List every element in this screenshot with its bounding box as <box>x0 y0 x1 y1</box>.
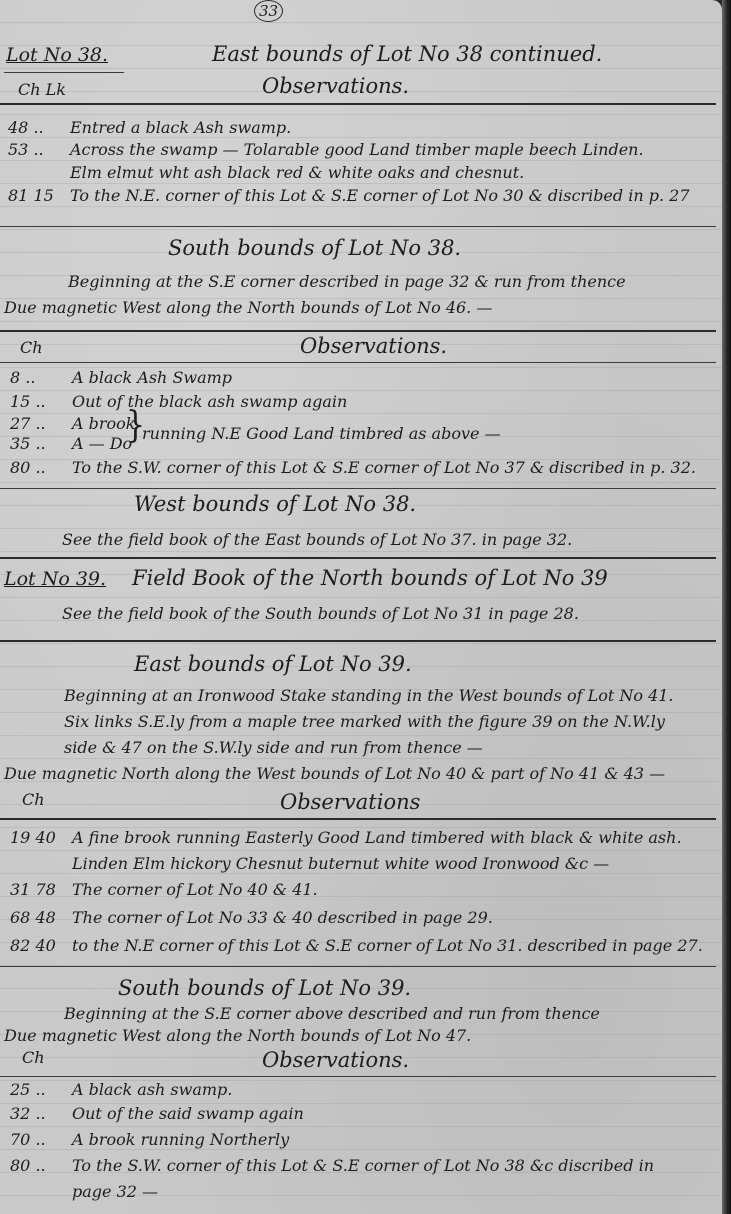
brace-note: running N.E Good Land timbred as above — <box>142 424 501 443</box>
section-title: South bounds of Lot No 39. <box>118 976 411 1000</box>
entry-row: 81 15To the N.E. corner of this Lot & S.… <box>8 186 690 205</box>
divider <box>0 226 716 227</box>
page-number: 33 <box>254 0 283 22</box>
section-title: East bounds of Lot No 38 continued. <box>212 42 602 66</box>
entry-row: Elm elmut wht ash black red & white oaks… <box>8 163 524 182</box>
observations-heading: Observations. <box>300 334 447 358</box>
entry-row: 8 ..A black Ash Swamp <box>10 368 232 387</box>
reference-text: See the field book of the South bounds o… <box>62 604 579 623</box>
entry-row: 25 ..A black ash swamp. <box>10 1080 232 1099</box>
entry-row: 27 ..A brook <box>10 414 136 433</box>
observations-heading: Observations. <box>262 1048 409 1072</box>
divider <box>0 330 716 332</box>
column-label: Ch Lk <box>18 80 66 99</box>
divider <box>0 488 716 489</box>
lot-label-38: Lot No 38. <box>6 44 108 66</box>
entry-row: 48 ..Entred a black Ash swamp. <box>8 118 291 137</box>
column-label: Ch <box>22 790 45 809</box>
column-label: Ch <box>20 338 43 357</box>
entry-row: 31 78The corner of Lot No 40 & 41. <box>10 880 318 899</box>
observations-heading: Observations. <box>262 74 409 98</box>
intro-text: side & 47 on the S.W.ly side and run fro… <box>64 738 483 757</box>
lot-underline <box>4 72 124 73</box>
intro-text: Six links S.E.ly from a maple tree marke… <box>64 712 665 731</box>
divider <box>0 362 716 363</box>
intro-text: Beginning at the S.E corner described in… <box>68 272 626 291</box>
section-title: East bounds of Lot No 39. <box>134 652 412 676</box>
entry-row: 82 40to the N.E corner of this Lot & S.E… <box>10 936 703 955</box>
divider <box>0 103 716 105</box>
entry-row: 15 ..Out of the black ash swamp again <box>10 392 347 411</box>
entry-row: 53 ..Across the swamp — Tolarable good L… <box>8 140 644 159</box>
section-title: South bounds of Lot No 38. <box>168 236 461 260</box>
entry-row: 19 40A fine brook running Easterly Good … <box>10 828 682 847</box>
intro-text: Beginning at the S.E corner above descri… <box>64 1004 600 1023</box>
lot-label-39: Lot No 39. <box>4 568 106 590</box>
entry-row: 35 ..A — Do <box>10 434 132 453</box>
book-binding-edge <box>722 0 731 1214</box>
intro-text: Beginning at an Ironwood Stake standing … <box>64 686 674 705</box>
section-title: Field Book of the North bounds of Lot No… <box>132 566 608 590</box>
divider <box>0 1076 716 1077</box>
intro-text: Due magnetic West along the North bounds… <box>4 298 492 317</box>
entry-row: 68 48The corner of Lot No 33 & 40 descri… <box>10 908 493 927</box>
column-label: Ch <box>22 1048 45 1067</box>
intro-text: Due magnetic North along the West bounds… <box>4 764 665 783</box>
intro-text: Due magnetic West along the North bounds… <box>4 1026 471 1045</box>
entry-row: 80 ..To the S.W. corner of this Lot & S.… <box>10 458 696 477</box>
entry-row: 32 ..Out of the said swamp again <box>10 1104 304 1123</box>
entry-row: Linden Elm hickory Chesnut buternut whit… <box>10 854 609 873</box>
divider <box>0 818 716 820</box>
divider <box>0 557 716 559</box>
divider <box>0 966 716 967</box>
reference-text: See the field book of the East bounds of… <box>62 530 572 549</box>
entry-row: 80 ..To the S.W. corner of this Lot & S.… <box>10 1156 654 1175</box>
divider <box>0 640 716 642</box>
ledger-page: 33 Lot No 38. East bounds of Lot No 38 c… <box>0 0 722 1214</box>
section-title: West bounds of Lot No 38. <box>134 492 416 516</box>
entry-row: 70 ..A brook running Northerly <box>10 1130 289 1149</box>
observations-heading: Observations <box>280 790 420 814</box>
entry-row: page 32 — <box>10 1182 158 1201</box>
